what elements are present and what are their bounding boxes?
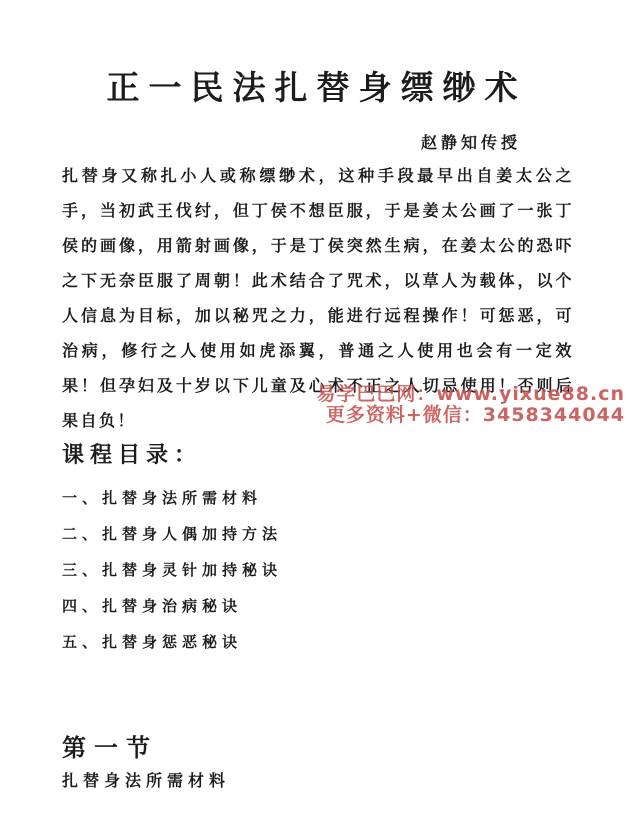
catalog-item: 五、扎替身惩恶秘诀 xyxy=(62,624,282,660)
section-subheading: 扎替身法所需材料 xyxy=(62,768,230,791)
catalog-item: 四、扎替身治病秘诀 xyxy=(62,588,282,624)
watermark-site-line: 易学巴巴网：www.yixue88.cn xyxy=(316,384,625,405)
document-page: 正一民法扎替身缥缈术 赵静知传授 扎替身又称扎小人或称缥缈术，这种手段最早出自姜… xyxy=(0,0,633,825)
author-byline: 赵静知传授 xyxy=(421,130,521,153)
catalog-item: 三、扎替身灵针加持秘诀 xyxy=(62,552,282,588)
catalog-item: 二、扎替身人偶加持方法 xyxy=(62,516,282,552)
catalog-heading: 课程目录： xyxy=(62,438,202,469)
document-title: 正一民法扎替身缥缈术 xyxy=(0,62,633,109)
section-heading: 第一节 xyxy=(62,728,158,763)
watermark-contact-line: 更多资料+微信：3458344044 xyxy=(316,405,625,426)
catalog-item: 一、扎替身法所需材料 xyxy=(62,480,282,516)
watermark: 易学巴巴网：www.yixue88.cn 更多资料+微信：3458344044 xyxy=(316,384,625,426)
catalog-list: 一、扎替身法所需材料 二、扎替身人偶加持方法 三、扎替身灵针加持秘诀 四、扎替身… xyxy=(62,480,282,660)
